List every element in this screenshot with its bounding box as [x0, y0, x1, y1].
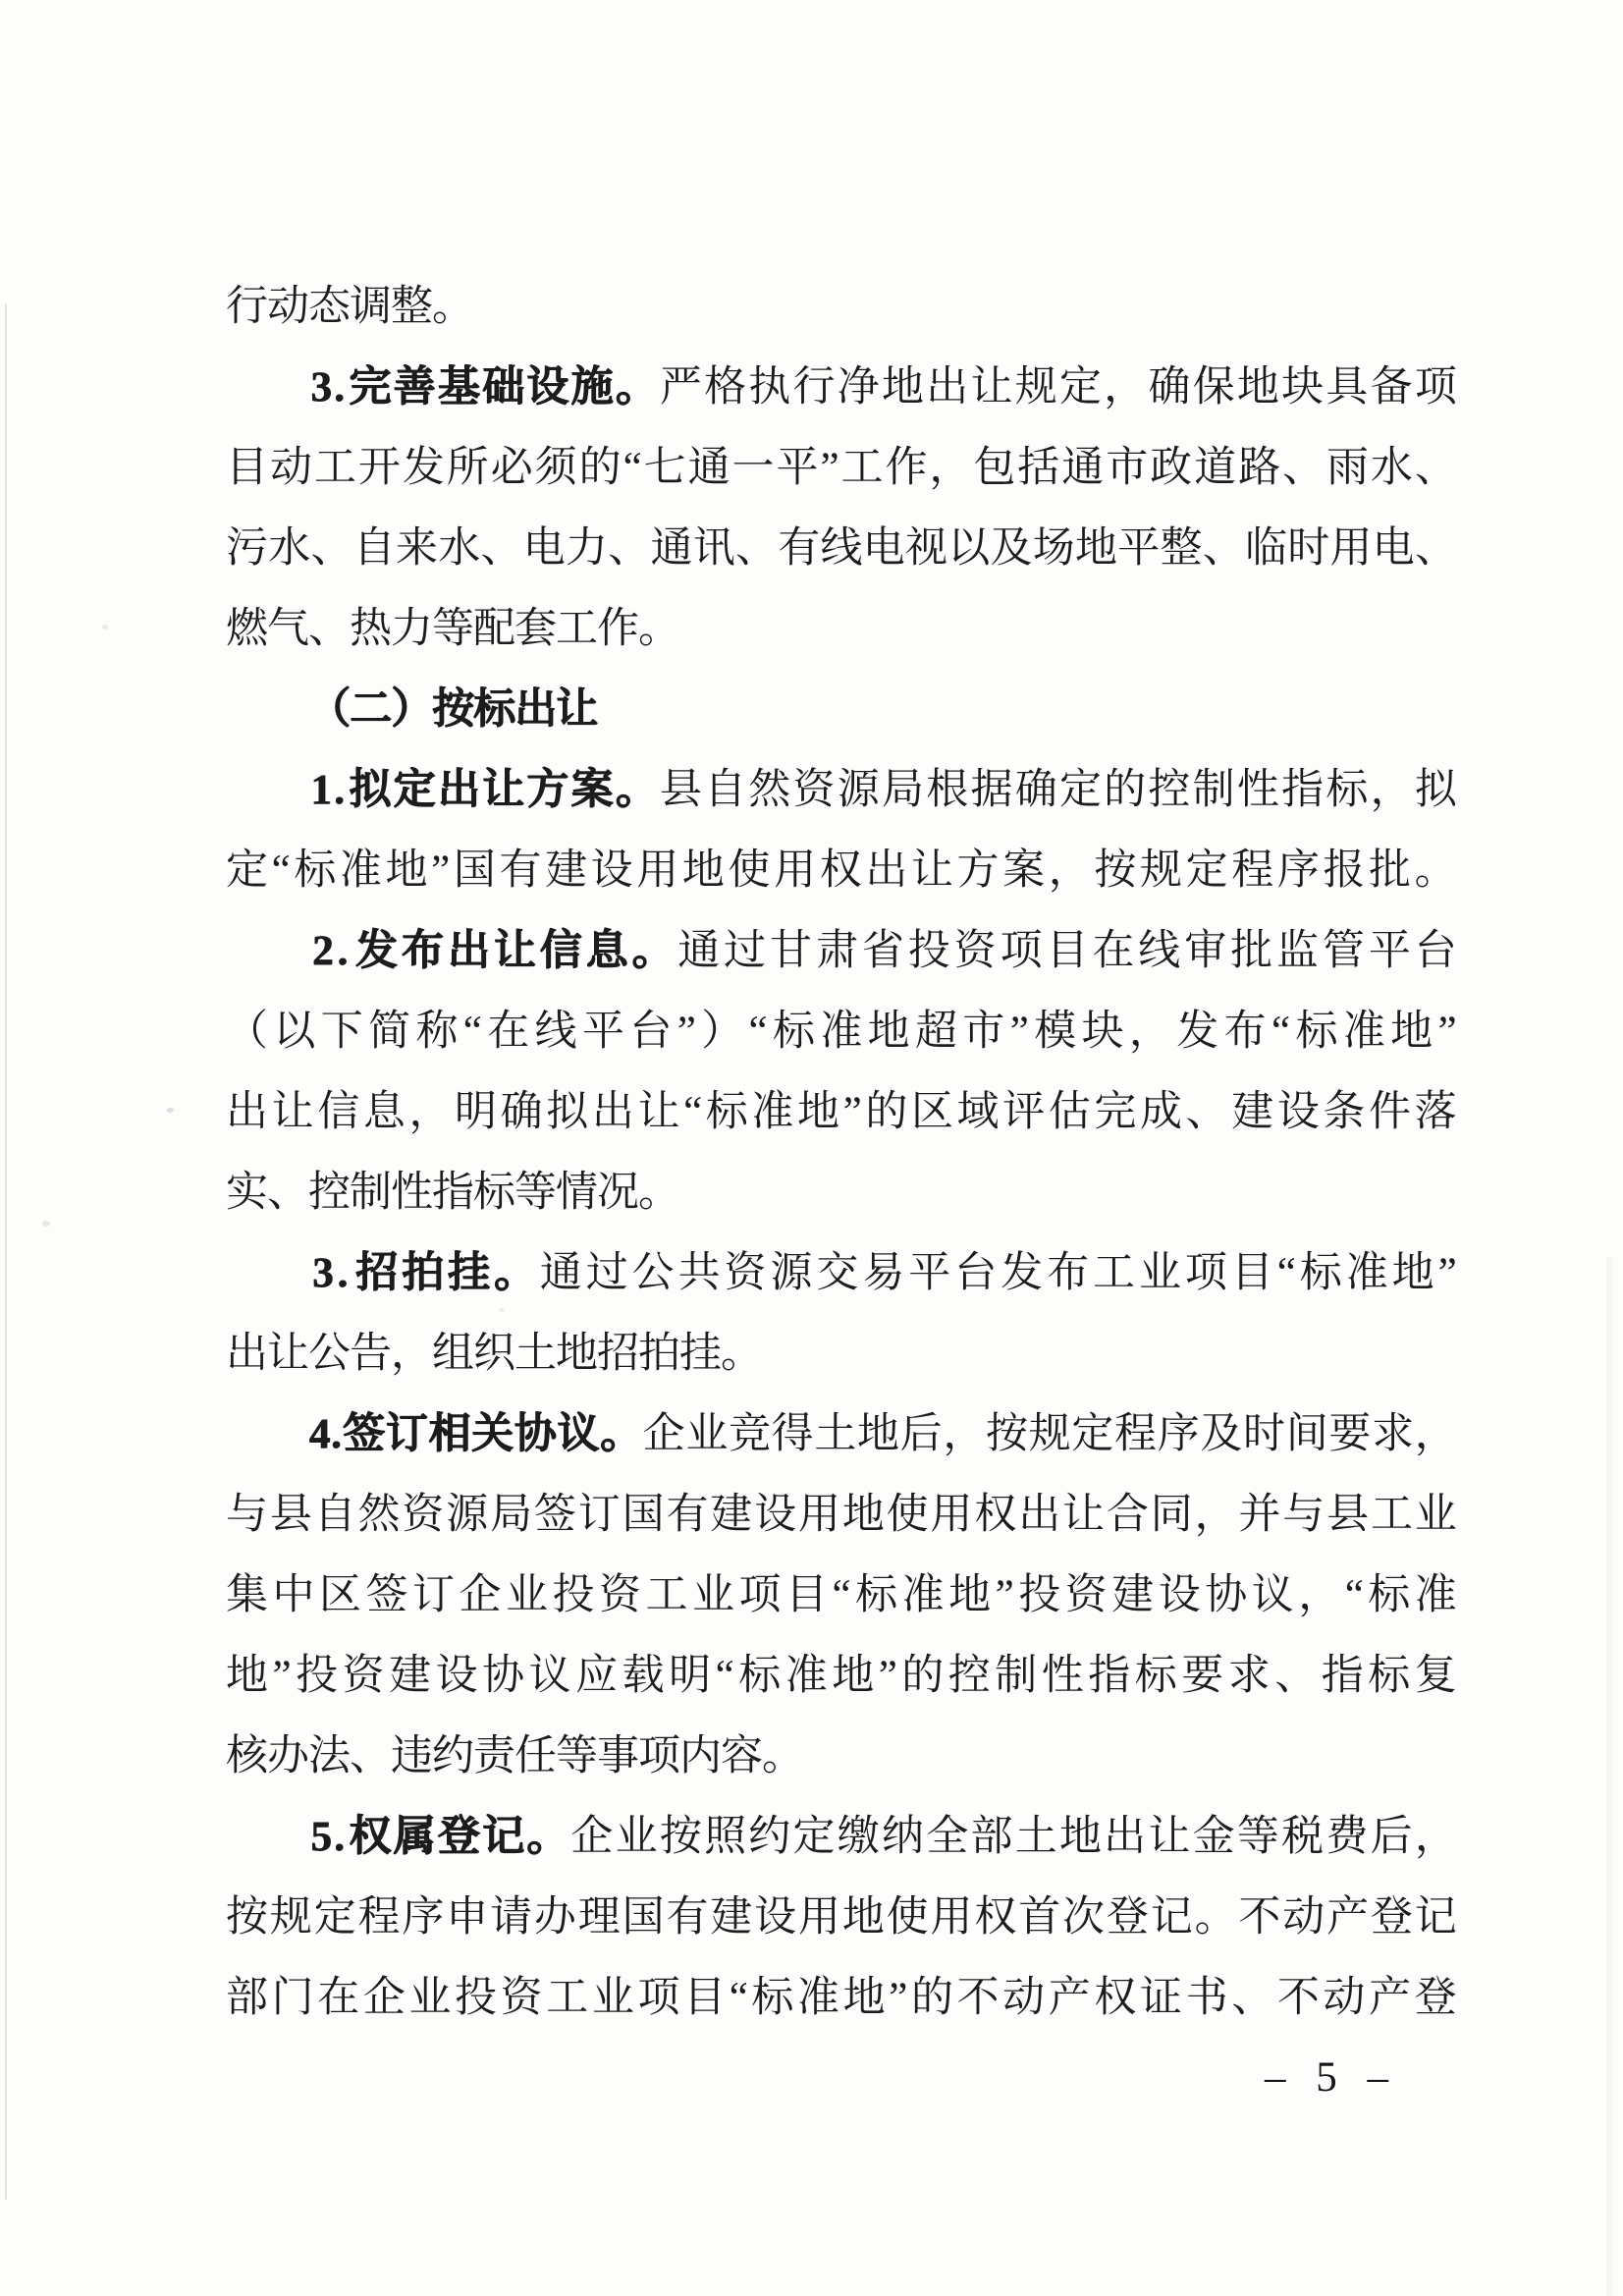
- body-text: 在: [487, 992, 529, 1072]
- body-text: 台: [954, 1233, 997, 1314]
- body-text: 政: [1150, 428, 1192, 509]
- body-text: 地: [386, 831, 428, 911]
- body-text: 地: [1237, 348, 1279, 428]
- body-text: 资: [793, 750, 836, 831]
- body-text: 净: [838, 348, 880, 428]
- heading-text: 出: [448, 911, 490, 992]
- body-text: 并: [1238, 1475, 1280, 1556]
- text-line: 出让信息，明确拟出让“标准地”的区域评估完成、建设条件落: [226, 1072, 1457, 1153]
- body-text: 制: [1193, 750, 1235, 831]
- body-text: 布: [1047, 1233, 1089, 1314]
- heading-text: 发: [355, 911, 398, 992]
- body-text: 的: [911, 1958, 953, 2039]
- body-text: 电: [863, 509, 905, 589]
- body-text: 的: [579, 428, 622, 509]
- heading-text: 案: [570, 750, 613, 831]
- heading-text: 挂: [448, 1233, 490, 1314]
- body-text: 税: [1281, 1797, 1324, 1878]
- body-text: 出: [1104, 1797, 1146, 1878]
- body-text: ”: [820, 428, 839, 509]
- body-text: 企: [570, 1797, 613, 1878]
- body-text: 批: [1369, 831, 1411, 911]
- body-text: 临: [1245, 509, 1287, 589]
- body-text: 要: [1181, 1636, 1223, 1717]
- body-text: 按: [1094, 831, 1136, 911]
- body-text: 及: [1200, 1394, 1242, 1475]
- body-text: 动: [1323, 1958, 1365, 2039]
- body-text: 源: [446, 1475, 488, 1556]
- heading-text: 定: [393, 750, 435, 831]
- body-text: 电: [1373, 509, 1415, 589]
- body-text: 建: [1231, 1072, 1273, 1153]
- body-text: 的: [901, 1636, 944, 1717]
- body-text: 地: [843, 1958, 886, 2039]
- heading-text: .: [334, 348, 345, 428]
- heading-text: .: [337, 911, 348, 992]
- body-text: 案: [1002, 831, 1045, 911]
- body-text: 建: [389, 1636, 431, 1717]
- body-text: 线: [535, 992, 577, 1072]
- text-line: 与县自然资源局签订国有建设用地使用权出让合同，并与县工业: [226, 1475, 1457, 1556]
- body-text: 场: [1033, 509, 1075, 589]
- body-text: 企: [643, 1394, 685, 1475]
- body-text: 、: [1274, 1636, 1317, 1717]
- body-text: 行: [793, 348, 836, 428]
- heading-text: 关: [471, 1394, 514, 1475]
- body-text: 电: [523, 509, 566, 589]
- body-text: 同: [1151, 1475, 1193, 1556]
- body-text: 资: [725, 1233, 767, 1314]
- heading-text: 完: [349, 348, 391, 428]
- body-text: 标: [1325, 750, 1368, 831]
- body-text: 县: [1326, 1475, 1369, 1556]
- body-text: 用: [1330, 509, 1373, 589]
- body-text: 严: [660, 348, 702, 428]
- body-text: 来: [396, 509, 438, 589]
- heading-text: 。: [494, 1233, 536, 1314]
- text-line: 出让公告，组织土地招拍挂。: [226, 1314, 1457, 1394]
- scan-speck: [167, 1108, 174, 1113]
- body-text: 在: [317, 1958, 359, 2039]
- heading-text: .: [334, 1797, 345, 1878]
- body-text: 国: [622, 1878, 665, 1958]
- body-text: 首: [1018, 1878, 1060, 1958]
- body-text: 标: [751, 1958, 793, 2039]
- body-text: 自: [704, 750, 746, 831]
- body-text: 县: [270, 1475, 312, 1556]
- body-text: 线: [1138, 911, 1180, 992]
- body-text: 建: [710, 1878, 752, 1958]
- body-text: 项: [1415, 348, 1457, 428]
- body-text: “: [623, 428, 642, 509]
- body-text: 设: [591, 831, 633, 911]
- body-text: 标: [738, 1636, 781, 1717]
- body-text: 通: [651, 509, 693, 589]
- body-text: 平: [908, 1233, 950, 1314]
- body-text: 括: [1017, 428, 1059, 509]
- body-text: 整: [1161, 509, 1203, 589]
- body-text: 时: [1287, 509, 1329, 589]
- body-text: 时: [1243, 1394, 1285, 1475]
- body-text: 资: [1065, 1556, 1108, 1636]
- heading-text: 信: [540, 911, 582, 992]
- body-text: 市: [962, 992, 1004, 1072]
- body-text: 登: [1371, 1878, 1413, 1958]
- heading-text: 。: [526, 1797, 568, 1878]
- body-text: ”: [677, 992, 696, 1072]
- body-text: 出: [865, 831, 907, 911]
- body-text: 协: [1205, 1556, 1247, 1636]
- body-text: ”: [1438, 992, 1457, 1072]
- body-text: “: [463, 992, 482, 1072]
- body-text: 道: [1194, 428, 1236, 509]
- body-text: 签: [534, 1475, 576, 1556]
- body-text: 纳: [882, 1797, 924, 1878]
- body-text: 动: [1282, 1878, 1325, 1958]
- body-text: 区: [319, 1556, 361, 1636]
- body-text: 用: [931, 1878, 973, 1958]
- text-line: 集中区签订企业投资工业项目“标准地”投资建设协议，“标准: [226, 1556, 1457, 1636]
- body-text: 设: [1277, 1072, 1320, 1153]
- body-text: 源: [770, 1233, 812, 1314]
- body-text: 视: [905, 509, 947, 589]
- body-text: ”: [843, 1072, 862, 1153]
- body-text: 息: [363, 1072, 406, 1153]
- body-text: 投: [1018, 1556, 1060, 1636]
- body-text: 市: [1106, 428, 1148, 509]
- heading-text: 1: [310, 750, 332, 831]
- body-text: 合: [1107, 1475, 1149, 1556]
- body-text: 准: [751, 1072, 793, 1153]
- body-text: 动: [1002, 1958, 1045, 2039]
- body-text: “: [716, 1636, 734, 1717]
- body-text: 性: [1237, 750, 1279, 831]
- body-text: 水: [438, 509, 480, 589]
- text-line: 3. 招拍挂。通过公共资源交易平台发布工业项目“标准地”: [226, 1233, 1457, 1314]
- body-text: 格: [704, 348, 746, 428]
- body-text: 后: [1371, 1797, 1413, 1878]
- body-text: 建: [710, 1475, 752, 1556]
- body-text: 求: [1228, 1636, 1271, 1717]
- body-text: 简: [368, 992, 410, 1072]
- heading-text: 善: [393, 348, 435, 428]
- text-line: 目动工开发所必须的“七通一平”工作，包括通市政道路、雨水、: [226, 428, 1457, 509]
- body-text: 地: [226, 1636, 268, 1717]
- body-text: 地: [868, 992, 910, 1072]
- body-text: 登: [1107, 1878, 1149, 1958]
- heading-text: 。: [600, 1394, 642, 1475]
- body-text: 台: [1415, 911, 1457, 992]
- body-text: ，: [943, 1394, 985, 1475]
- body-text: 雨: [1326, 428, 1369, 509]
- body-text: 标: [706, 1072, 748, 1153]
- body-text: 过: [586, 1233, 628, 1314]
- text-line: 5. 权属登记。企业按照约定缴纳全部土地出让金等税费后，: [226, 1797, 1457, 1878]
- body-text: 约: [748, 1797, 790, 1878]
- body-text: 燃气、热力等配套工作。: [226, 606, 679, 652]
- body-text: 、: [1415, 509, 1457, 589]
- body-text: 、: [1231, 1958, 1273, 2039]
- text-line: （二）按标出让: [226, 670, 1457, 750]
- body-text: 明: [455, 1072, 497, 1153]
- body-text: 业: [408, 1958, 451, 2039]
- heading-text: 签: [343, 1394, 385, 1475]
- body-text: 自: [314, 1475, 356, 1556]
- body-text: 与: [1282, 1475, 1325, 1556]
- body-text: 下: [321, 992, 363, 1072]
- body-text: 地: [797, 1072, 839, 1153]
- body-text: 部: [226, 1958, 268, 2039]
- body-text: 有: [666, 1475, 708, 1556]
- body-text: 标: [1300, 1233, 1342, 1314]
- body-text: 申: [446, 1878, 488, 1958]
- body-text: ”: [1438, 1233, 1457, 1314]
- body-text: 地: [1059, 1797, 1102, 1878]
- body-text: 超: [915, 992, 957, 1072]
- body-text: 项: [739, 1556, 782, 1636]
- body-text: 通: [1061, 428, 1104, 509]
- body-text: 理: [578, 1878, 621, 1958]
- body-text: 地: [882, 348, 924, 428]
- body-text: 开: [358, 428, 401, 509]
- body-text: 、: [311, 509, 353, 589]
- body-text: 让: [911, 831, 953, 911]
- body-text: ，: [929, 428, 971, 509]
- body-text: 用: [636, 831, 678, 911]
- text-line: 实、控制性指标等情况。: [226, 1153, 1457, 1233]
- body-text: 地: [842, 1475, 885, 1556]
- body-text: 工: [840, 428, 883, 509]
- body-text: 记: [1415, 1878, 1457, 1958]
- body-text: ”: [431, 831, 450, 911]
- body-text: 项: [1185, 1233, 1227, 1314]
- heading-text: 让: [482, 750, 524, 831]
- body-text: 中: [273, 1556, 315, 1636]
- body-text: 集: [226, 1556, 268, 1636]
- body-text: 核办法、违约责任等事项内容。: [226, 1733, 803, 1779]
- body-text: 指: [1322, 1636, 1364, 1717]
- heading-text: 设: [526, 348, 568, 428]
- body-text: 规: [1029, 1394, 1071, 1475]
- body-text: 用: [798, 1878, 840, 1958]
- heading-text: 记: [482, 1797, 524, 1878]
- text-line: 1. 拟定出让方案。县自然资源局根据确定的控制性指标，拟: [226, 750, 1457, 831]
- document-page: 行动态调整。3. 完善基础设施。严格执行净地出让规定，确保地块具备项目动工开发所…: [0, 0, 1623, 2296]
- body-text: “: [272, 831, 291, 911]
- body-text: 业: [1415, 1475, 1457, 1556]
- body-text: 项: [637, 1958, 679, 2039]
- body-text: ，: [1129, 992, 1171, 1072]
- body-text: 地: [1390, 992, 1433, 1072]
- body-text: 局: [882, 750, 924, 831]
- body-text: 平: [582, 992, 624, 1072]
- heading-text: 出: [438, 750, 480, 831]
- body-text: 地: [857, 1394, 899, 1475]
- heading-text: 协: [514, 1394, 557, 1475]
- body-text: 报: [1323, 831, 1365, 911]
- body-text: 国: [454, 831, 496, 911]
- body-text: 让: [1062, 1475, 1105, 1556]
- body-text: 、: [1186, 1072, 1228, 1153]
- body-text: 必: [491, 428, 533, 509]
- body-text: 管: [1323, 911, 1365, 992]
- body-text: 明: [669, 1636, 711, 1717]
- body-text: 块: [1082, 992, 1124, 1072]
- body-text: ，: [1415, 1797, 1457, 1878]
- body-text: 的: [1104, 750, 1146, 831]
- body-text: ”: [273, 1636, 292, 1717]
- body-text: 指: [1088, 1636, 1130, 1717]
- body-text: 建: [545, 831, 587, 911]
- body-text: 设: [754, 1878, 796, 1958]
- body-text: 准: [797, 1958, 839, 2039]
- body-text: 、: [481, 509, 523, 589]
- body-text: 成: [1140, 1072, 1182, 1153]
- body-text: 设: [1159, 1556, 1201, 1636]
- body-text: 根: [926, 750, 968, 831]
- body-text: 按: [660, 1797, 702, 1878]
- body-text: 产: [1049, 1958, 1091, 2039]
- body-text: 备: [1371, 348, 1413, 428]
- body-text: 复: [1415, 1636, 1457, 1717]
- body-text: “: [749, 992, 768, 1072]
- body-text: 照: [704, 1797, 746, 1878]
- body-text: 、: [735, 509, 778, 589]
- body-text: 序: [402, 1878, 444, 1958]
- body-text: 具: [1325, 348, 1368, 428]
- body-text: 用: [931, 1475, 973, 1556]
- body-text: 定: [1059, 348, 1102, 428]
- body-text: 不: [957, 1958, 1000, 2039]
- body-text: 部: [970, 1797, 1012, 1878]
- body-text: 性: [1042, 1636, 1084, 1717]
- body-text: “: [833, 1556, 851, 1636]
- body-text: 业: [1139, 1233, 1181, 1314]
- body-text: 路: [1238, 428, 1280, 509]
- body-text: 准: [902, 1556, 945, 1636]
- body-text: 包: [973, 428, 1015, 509]
- body-text: 定: [226, 831, 268, 911]
- body-text: 一: [732, 428, 775, 509]
- body-text: 资: [501, 1958, 543, 2039]
- body-text: “: [730, 1958, 748, 2039]
- body-text: 不: [1238, 1878, 1280, 1958]
- body-text: 完: [1094, 1072, 1136, 1153]
- body-text: 准: [820, 992, 862, 1072]
- heading-text: 拟: [349, 750, 391, 831]
- body-text: 公: [632, 1233, 675, 1314]
- body-text: 地: [842, 1878, 885, 1958]
- body-text: 门: [272, 1958, 314, 2039]
- body-text: 所: [447, 428, 489, 509]
- body-text: 共: [678, 1233, 721, 1314]
- body-text: 与: [226, 1475, 268, 1556]
- body-text: 目: [1046, 911, 1088, 992]
- heading-text: .: [337, 1233, 348, 1314]
- body-text: 执: [748, 348, 790, 428]
- body-text: 标: [1368, 1556, 1410, 1636]
- body-text: 准: [785, 1636, 828, 1717]
- text-line: 燃气、热力等配套工作。: [226, 589, 1457, 670]
- body-text: 目: [1231, 1233, 1273, 1314]
- body-text: 然: [358, 1475, 401, 1556]
- heading-text: 。: [631, 911, 674, 992]
- body-text: 权: [974, 1878, 1016, 1958]
- body-text: 资: [402, 1475, 444, 1556]
- body-text: 业: [616, 1797, 658, 1878]
- body-text: 竞: [729, 1394, 771, 1475]
- body-text: 订: [578, 1475, 621, 1556]
- text-line: 部门在企业投资工业项目“标准地”的不动产权证书、不动产登: [226, 1958, 1457, 2039]
- heading-text: 属: [393, 1797, 435, 1878]
- heading-text: 方: [526, 750, 568, 831]
- heading-text: 4: [309, 1394, 331, 1475]
- body-text: 定: [1186, 831, 1228, 911]
- body-text: 标: [855, 1556, 897, 1636]
- scan-artifact-left-edge: [5, 304, 7, 2200]
- body-text: 平: [1117, 509, 1160, 589]
- body-text: “: [1277, 1233, 1296, 1314]
- body-text: 载: [622, 1636, 665, 1717]
- body-text: ”: [1010, 992, 1029, 1072]
- body-text: 、: [1415, 428, 1457, 509]
- body-text: 甘: [770, 911, 812, 992]
- body-text: 工: [646, 1556, 688, 1636]
- body-text: 投: [455, 1958, 497, 2039]
- body-text: 标: [773, 992, 815, 1072]
- body-text: 发: [403, 428, 445, 509]
- body-text: （: [226, 992, 268, 1072]
- body-text: 业: [692, 1556, 734, 1636]
- body-text: 出: [926, 348, 968, 428]
- heading-text: 基: [438, 348, 480, 428]
- body-text: 让: [637, 1072, 679, 1153]
- text-line: （以下简称“在线平台”）“标准地超市”模块，发布“标准地”: [226, 992, 1457, 1072]
- body-text: 使: [729, 831, 771, 911]
- body-text: 标: [294, 831, 336, 911]
- body-text: 发: [1001, 1233, 1043, 1314]
- heading-text: 。: [616, 750, 658, 831]
- heading-text: 招: [355, 1233, 398, 1314]
- body-text: 平: [1369, 911, 1411, 992]
- body-text: 目: [226, 428, 268, 509]
- body-text: 制: [995, 1636, 1037, 1717]
- body-text: 动: [270, 428, 312, 509]
- heading-text: 相: [428, 1394, 470, 1475]
- body-text: 金: [1193, 1797, 1235, 1878]
- body-text: 建: [1111, 1556, 1154, 1636]
- body-text: 发: [1176, 992, 1218, 1072]
- body-text: 件: [1369, 1072, 1411, 1153]
- body-text: 企: [363, 1958, 406, 2039]
- body-text: ”: [889, 1958, 907, 2039]
- heading-text: 议: [557, 1394, 599, 1475]
- body-text: 七: [644, 428, 686, 509]
- body-text: 的: [865, 1072, 907, 1153]
- body-text: 程: [1114, 1394, 1157, 1475]
- body-text: 通: [540, 1233, 582, 1314]
- body-text: 线: [821, 509, 863, 589]
- body-text: 规: [1015, 348, 1057, 428]
- body-text: “: [1271, 992, 1290, 1072]
- body-text: 批: [1230, 911, 1272, 992]
- body-text: 投: [908, 911, 950, 992]
- body-text: 确: [501, 1072, 543, 1153]
- body-text: 工: [314, 428, 356, 509]
- body-text: 缴: [838, 1797, 880, 1878]
- body-text: 准: [340, 831, 382, 911]
- scan-artifact-right-edge: [1606, 1257, 1613, 2296]
